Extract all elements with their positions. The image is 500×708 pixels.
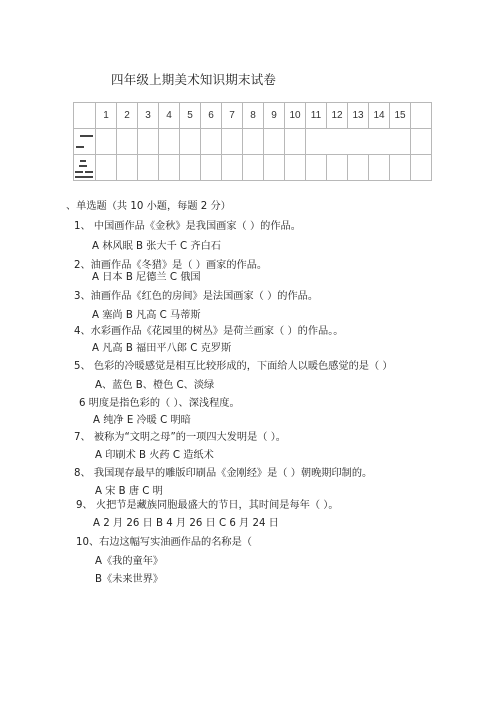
- score-cell-merged[interactable]: [306, 129, 411, 155]
- row-label-1: [74, 129, 96, 155]
- question-5: 5、 色彩的冷暖感觉是相互比较形成的，下面给人以暖色感觉的是（ ）: [74, 357, 393, 372]
- header-cell: 6: [201, 103, 222, 129]
- score-cell[interactable]: [348, 155, 369, 181]
- header-total-cell: [411, 103, 432, 129]
- score-cell[interactable]: [159, 155, 180, 181]
- question-3: 3、油画作品《红色的房间》是法国画家（ ）的作品。: [74, 287, 318, 302]
- header-cell: 3: [138, 103, 159, 129]
- question-1: 1、 中国画作品《金秋》是我国画家（ ）的作品。: [74, 217, 301, 232]
- score-cell[interactable]: [96, 129, 117, 155]
- score-total-cell[interactable]: [411, 129, 432, 155]
- score-cell[interactable]: [264, 129, 285, 155]
- header-cell: 7: [222, 103, 243, 129]
- score-cell[interactable]: [390, 155, 411, 181]
- score-cell[interactable]: [243, 155, 264, 181]
- score-cell[interactable]: [243, 129, 264, 155]
- row-label-mark-yi: [74, 129, 95, 154]
- question-7-options: A 印刷术 B 火药 C 造纸术: [95, 446, 214, 461]
- score-row-1: [74, 129, 432, 155]
- question-10: 10、右边这幅写实油画作品的名称是（: [76, 533, 252, 548]
- header-cell: 9: [264, 103, 285, 129]
- header-cell: 11: [306, 103, 327, 129]
- header-cell: 13: [348, 103, 369, 129]
- header-cell: 4: [159, 103, 180, 129]
- header-cell: 5: [180, 103, 201, 129]
- question-8-options: A 宋 B 唐 C 明: [95, 482, 163, 497]
- score-cell[interactable]: [285, 129, 306, 155]
- question-10-option-b: B《未来世界》: [95, 570, 163, 585]
- score-cell[interactable]: [201, 155, 222, 181]
- score-row-2: [74, 155, 432, 181]
- score-cell[interactable]: [327, 155, 348, 181]
- header-cell: 2: [117, 103, 138, 129]
- question-7: 7、 被称为“文明之母”的一项四大发明是（ ）。: [74, 428, 286, 443]
- question-9: 9、 火把节是藏族同胞最盛大的节日，其时间是每年（ ）。: [76, 496, 339, 511]
- score-cell[interactable]: [222, 129, 243, 155]
- question-2-options: A 日本 B 尼德兰 C 俄国: [92, 268, 201, 283]
- header-cell: 10: [285, 103, 306, 129]
- header-cell: 14: [369, 103, 390, 129]
- question-9-options: A 2 月 26 日 B 4 月 26 日 C 6 月 24 日: [93, 514, 279, 529]
- score-cell[interactable]: [117, 129, 138, 155]
- score-cell[interactable]: [222, 155, 243, 181]
- score-cell[interactable]: [96, 155, 117, 181]
- score-cell[interactable]: [180, 129, 201, 155]
- score-cell[interactable]: [117, 155, 138, 181]
- row-label-2: [74, 155, 96, 181]
- score-cell[interactable]: [180, 155, 201, 181]
- section-heading: 、单选题（共 10 小题，每题 2 分）: [66, 197, 231, 212]
- question-8: 8、 我国现存最早的雕版印刷品《金刚经》是（ ）朝晚期印制的。: [74, 464, 372, 479]
- exam-title: 四年级上期美术知识期末试卷: [111, 70, 276, 88]
- score-cell[interactable]: [138, 155, 159, 181]
- score-cell[interactable]: [138, 129, 159, 155]
- score-cell[interactable]: [159, 129, 180, 155]
- score-cell[interactable]: [369, 155, 390, 181]
- question-3-options: A 塞尚 B 凡高 C 马蒂斯: [92, 306, 201, 321]
- question-4: 4、水彩画作品《花园里的树丛》是荷兰画家（ ）的作品。。: [74, 322, 344, 337]
- score-table: 1 2 3 4 5 6 7 8 9 10 11 12 13 14 15: [73, 102, 432, 181]
- score-cell[interactable]: [264, 155, 285, 181]
- header-cell: 1: [96, 103, 117, 129]
- header-cell: 15: [390, 103, 411, 129]
- score-total-cell[interactable]: [411, 155, 432, 181]
- header-corner-cell: [74, 103, 96, 129]
- question-4-options: A 凡高 B 福田平八郎 C 克罗斯: [92, 339, 231, 354]
- question-10-option-a: A《我的童年》: [95, 552, 163, 567]
- question-6-options: A 纯净 E 冷暖 C 明暗: [93, 411, 191, 426]
- question-1-options: A 林风眠 B 张大千 C 齐白石: [92, 237, 221, 252]
- score-cell[interactable]: [285, 155, 306, 181]
- score-table-header-row: 1 2 3 4 5 6 7 8 9 10 11 12 13 14 15: [74, 103, 432, 129]
- header-cell: 12: [327, 103, 348, 129]
- question-6: 6 明度是指色彩的（ ）、深浅程度。: [79, 394, 240, 409]
- score-cell[interactable]: [306, 155, 327, 181]
- header-cell: 8: [243, 103, 264, 129]
- question-5-options: A、蓝色 B、橙色 C、淡绿: [95, 376, 214, 391]
- row-label-mark-er: [74, 155, 95, 180]
- score-cell[interactable]: [201, 129, 222, 155]
